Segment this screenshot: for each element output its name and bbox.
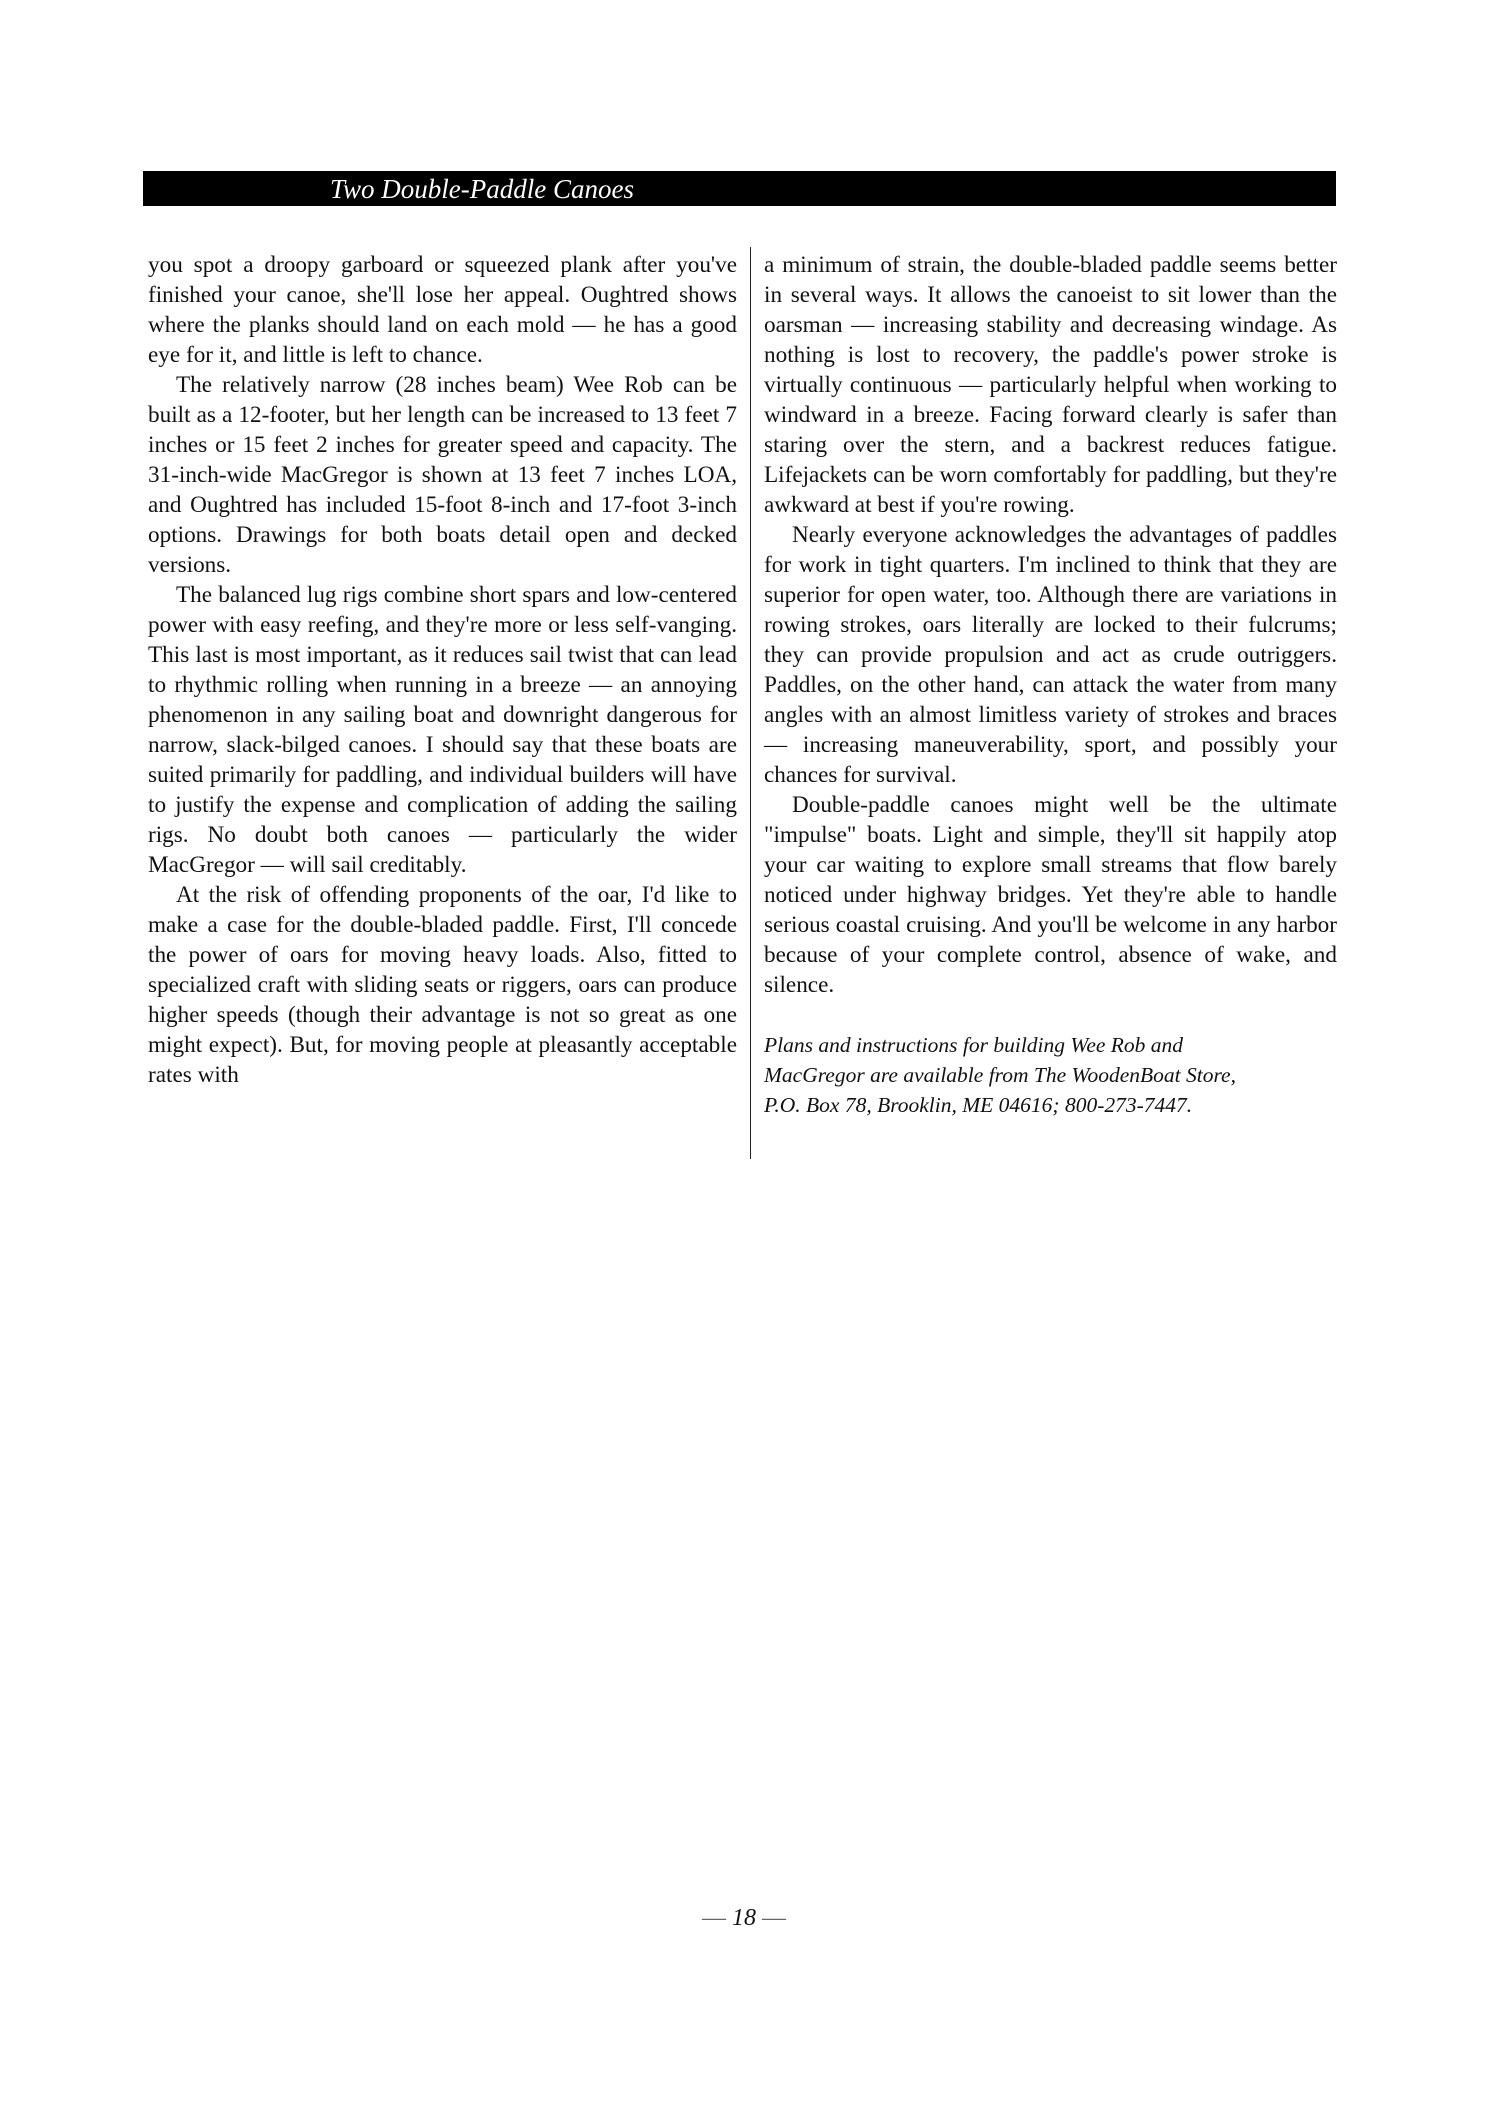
dash-right: —: [762, 1905, 786, 1931]
paragraph: Nearly everyone acknowledges the advanta…: [764, 520, 1337, 790]
page-footer: — 18 —: [0, 1905, 1488, 1932]
running-header-bar: Two Double-Paddle Canoes: [143, 171, 1336, 206]
plans-availability-note: Plans and instructions for building Wee …: [764, 1030, 1337, 1120]
paragraph: The balanced lug rigs combine short spar…: [148, 580, 737, 880]
left-column: you spot a droopy garboard or squeezed p…: [148, 250, 737, 1090]
column-divider: [750, 247, 751, 1159]
right-column: a minimum of strain, the double-bladed p…: [764, 250, 1337, 1120]
running-header-title: Two Double-Paddle Canoes: [330, 172, 634, 206]
note-line: P.O. Box 78, Brooklin, ME 04616; 800-273…: [764, 1093, 1192, 1117]
paragraph: you spot a droopy garboard or squeezed p…: [148, 250, 737, 370]
note-line: Plans and instructions for building Wee …: [764, 1033, 1183, 1057]
paragraph: At the risk of offending proponents of t…: [148, 880, 737, 1090]
note-line: MacGregor are available from The WoodenB…: [764, 1063, 1236, 1087]
paragraph: Double-paddle canoes might well be the u…: [764, 790, 1337, 1000]
paragraph: a minimum of strain, the double-bladed p…: [764, 250, 1337, 520]
paragraph: The relatively narrow (28 inches beam) W…: [148, 370, 737, 580]
dash-left: —: [702, 1905, 726, 1931]
page-number: 18: [732, 1905, 756, 1931]
